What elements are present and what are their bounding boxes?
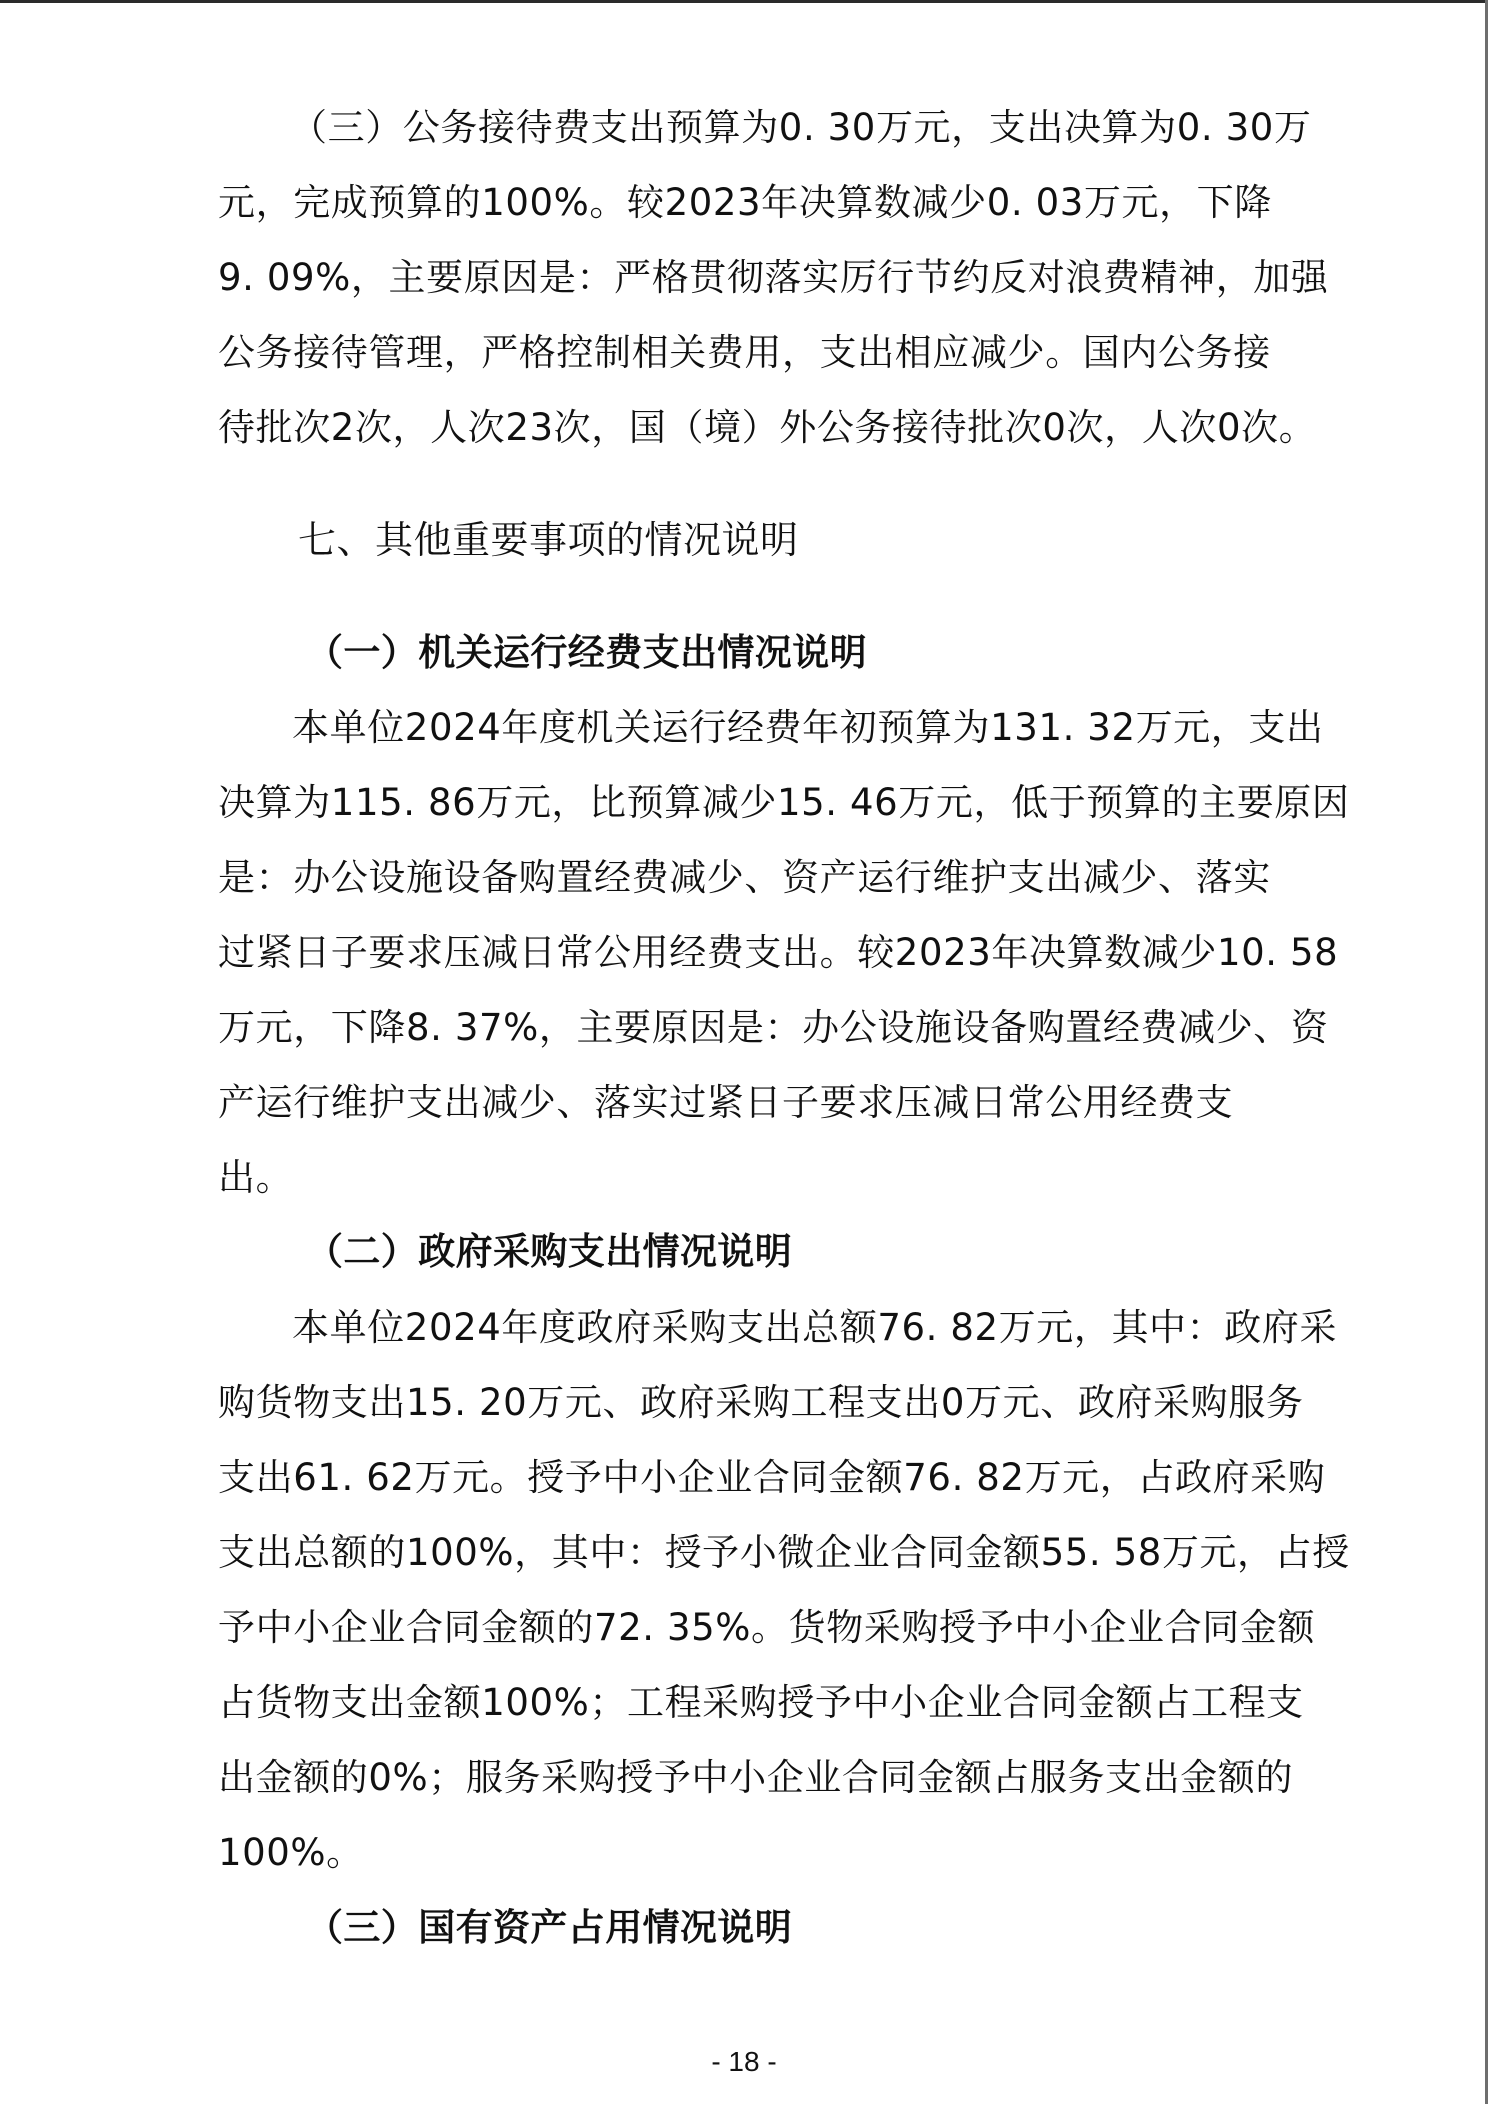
page-border-top bbox=[0, 0, 1488, 3]
text-line: 待批次2次，人次23次，国（境）外公务接待批次0次，人次0次。 bbox=[218, 406, 1288, 450]
text-line: 购货物支出15. 20万元、政府采购工程支出0万元、政府采购服务 bbox=[218, 1381, 1288, 1425]
subsection-heading-state-assets: （三）国有资产占用情况说明 bbox=[306, 1906, 792, 1950]
text-line: 予中小企业合同金额的72. 35%。货物采购授予中小企业合同金额 bbox=[218, 1606, 1288, 1650]
text-line: 本单位2024年度机关运行经费年初预算为131. 32万元，支出 bbox=[292, 706, 1362, 750]
text-line: 出。 bbox=[218, 1156, 1288, 1200]
subsection-heading-government-procurement: （二）政府采购支出情况说明 bbox=[306, 1230, 792, 1274]
subsection-heading-operating-expenses: （一）机关运行经费支出情况说明 bbox=[306, 631, 867, 675]
text-line: 产运行维护支出减少、落实过紧日子要求压减日常公用经费支 bbox=[218, 1081, 1288, 1125]
text-line: 本单位2024年度政府采购支出总额76. 82万元，其中：政府采 bbox=[292, 1306, 1362, 1350]
text-line: 占货物支出金额100%；工程采购授予中小企业合同金额占工程支 bbox=[218, 1681, 1288, 1725]
text-line: 过紧日子要求压减日常公用经费支出。较2023年决算数减少10. 58 bbox=[218, 931, 1288, 975]
text-line: 支出总额的100%，其中：授予小微企业合同金额55. 58万元，占授 bbox=[218, 1531, 1288, 1575]
text-line: 决算为115. 86万元，比预算减少15. 46万元，低于预算的主要原因 bbox=[218, 781, 1288, 825]
text-line: 万元，下降8. 37%，主要原因是：办公设施设备购置经费减少、资 bbox=[218, 1006, 1288, 1050]
text-line: 是：办公设施设备购置经费减少、资产运行维护支出减少、落实 bbox=[218, 856, 1288, 900]
text-line: （三）公务接待费支出预算为0. 30万元，支出决算为0. 30万 bbox=[290, 106, 1360, 150]
text-line: 9. 09%，主要原因是：严格贯彻落实厉行节约反对浪费精神，加强 bbox=[218, 256, 1288, 300]
section-heading-other-matters: 七、其他重要事项的情况说明 bbox=[298, 518, 799, 562]
text-line: 公务接待管理，严格控制相关费用，支出相应减少。国内公务接 bbox=[218, 331, 1288, 375]
text-line: 元，完成预算的100%。较2023年决算数减少0. 03万元，下降 bbox=[218, 181, 1288, 225]
text-line: 支出61. 62万元。授予中小企业合同金额76. 82万元，占政府采购 bbox=[218, 1456, 1288, 1500]
page-number: - 18 - bbox=[0, 2046, 1488, 2078]
text-line: 出金额的0%；服务采购授予中小企业合同金额占服务支出金额的 bbox=[218, 1756, 1288, 1800]
text-line: 100%。 bbox=[218, 1831, 1288, 1875]
